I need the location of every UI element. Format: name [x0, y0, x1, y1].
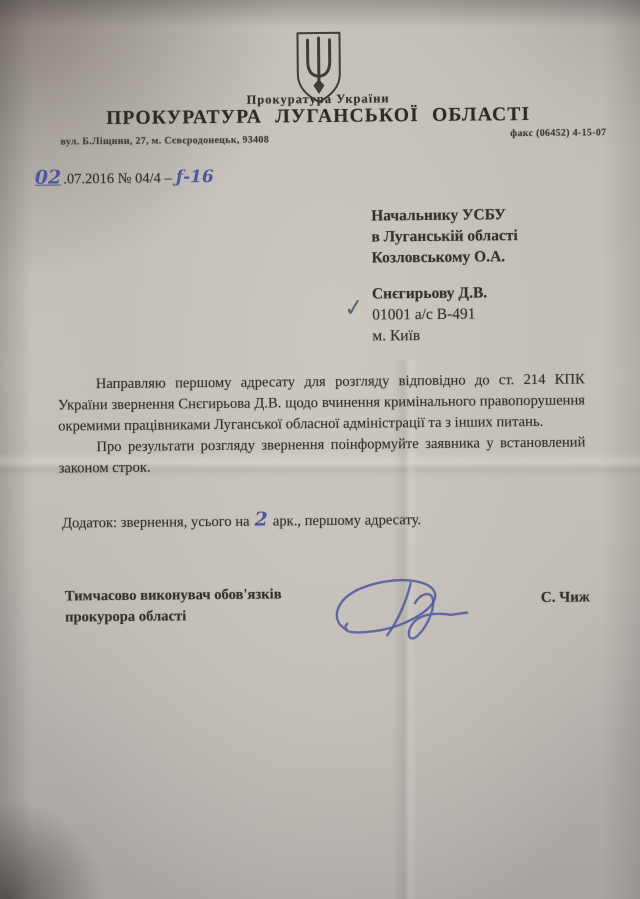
recipient-line-1: Начальнику УСБУ — [371, 204, 518, 226]
attachment-prefix: Додаток: звернення, усього на — [62, 514, 250, 532]
letterhead-contact-row: вул. Б.Ліщини, 27, м. Сєвєродонецьк, 934… — [60, 131, 606, 147]
scanned-letter-photo: Прокуратура України ПРОКУРАТУРА ЛУГАНСЬК… — [0, 0, 640, 899]
reference-line: 02.07.2016 № 04/4 –ƒ-16 — [35, 165, 214, 189]
org-fax: факс (06452) 4-15-07 — [510, 127, 606, 139]
body-paragraph-1: Направляю першому адресату для розгляду … — [58, 369, 586, 437]
attachment-line: Додаток: звернення, усього на2арк., перш… — [62, 507, 421, 532]
recipient-secondary-address-2: м. Київ — [372, 324, 519, 346]
ref-day-handwritten: 02 — [35, 166, 62, 188]
recipient-secondary-address-1: 01001 а/с В-491 — [372, 303, 519, 325]
org-name-title: ПРОКУРАТУРА ЛУГАНСЬКОЇ ОБЛАСТІ — [0, 103, 638, 131]
signer-title-line-1: Тимчасово виконувач обов'язків — [65, 584, 282, 607]
signer-title-line-2: прокурора області — [65, 605, 282, 628]
signer-name: С. Чиж — [541, 589, 590, 606]
org-address: вул. Б.Ліщини, 27, м. Сєвєродонецьк, 934… — [60, 134, 269, 147]
attachment-pages-handwritten: 2 — [254, 509, 267, 531]
ref-typed: .07.2016 № 04/4 – — [63, 170, 172, 187]
ref-number-handwritten: ƒ-16 — [176, 167, 214, 187]
recipient-secondary-name: Снєгирьову Д.В. — [372, 282, 519, 304]
body-paragraph-2: Про результати розгляду звернення поінфо… — [58, 432, 585, 479]
letter-body: Направляю першому адресату для розгляду … — [58, 369, 586, 479]
checkmark-annotation: ✓ — [343, 293, 366, 323]
recipient-block: Начальнику УСБУ в Луганській області Коз… — [371, 204, 519, 346]
letter-page: Прокуратура України ПРОКУРАТУРА ЛУГАНСЬК… — [0, 0, 640, 899]
recipient-line-2: в Луганській області — [371, 225, 518, 247]
signature-ink-scribble — [321, 570, 502, 660]
recipient-line-3: Козловському О.А. — [371, 246, 518, 268]
signer-title: Тимчасово виконувач обов'язків прокурора… — [65, 584, 282, 628]
attachment-suffix: арк., першому адресату. — [273, 512, 421, 529]
